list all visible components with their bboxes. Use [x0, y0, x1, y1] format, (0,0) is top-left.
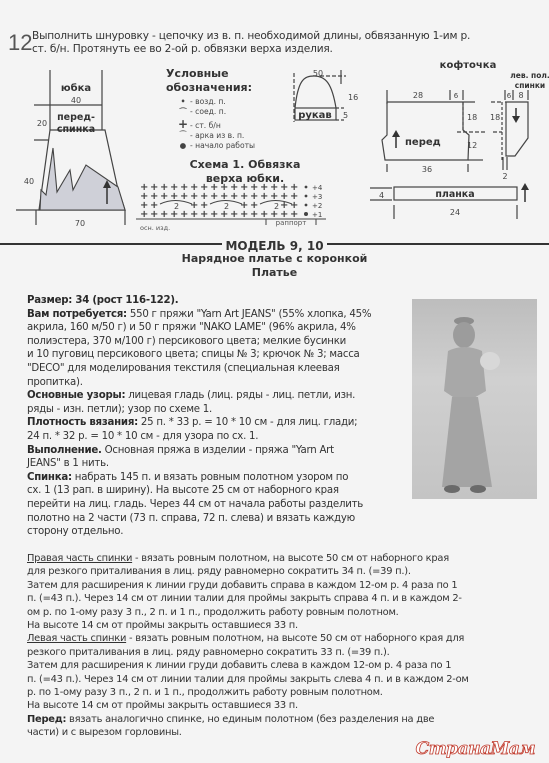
jacket-diagram: кофточка лев. пол. спинки 28 6 18 12 36 … — [375, 60, 549, 180]
right-back-section: Правая часть спинки - вязать ровным поло… — [27, 552, 542, 632]
sleeve-label: рукав — [298, 110, 332, 121]
intro-line: ст. б/н. Протянуть ее во 2-ой р. обвязки… — [32, 43, 470, 56]
svg-text:+: + — [180, 191, 188, 202]
svg-text:+: + — [160, 209, 168, 220]
left-back-section: Левая часть спинки - вязать ровным полот… — [27, 632, 542, 712]
skirt-lower-height: 40 — [24, 177, 34, 186]
slip-stitch-icon: ⌒ — [176, 107, 190, 117]
intro-text: Выполнить шнуровку - цепочку из в. п. не… — [32, 30, 470, 56]
gauge-section: Плотность вязания: 25 п. * 33 р. = 10 * … — [27, 416, 412, 443]
jacket-title: кофточка — [440, 60, 497, 71]
watermark-logo: СтранаМам — [416, 739, 535, 759]
girl-in-dress-image — [412, 299, 537, 499]
skirt-piece-label: перед- — [57, 112, 95, 123]
front-shoulder: 6 — [454, 92, 459, 100]
skirt-top-width: 40 — [71, 96, 81, 105]
svg-text:+1: +1 — [312, 211, 322, 219]
back-section: Спинка: набрать 145 п. и вязать ровным п… — [27, 471, 412, 539]
svg-text:+: + — [180, 209, 188, 220]
front-section: Перед: вязать аналогично спинке, но един… — [27, 713, 542, 740]
front-label: перед — [405, 137, 441, 148]
skirt-title: юбка — [61, 82, 91, 94]
svg-text:2: 2 — [224, 202, 229, 211]
svg-text:+: + — [190, 209, 198, 220]
execution-section: Выполнение. Основная пряжа в изделии - п… — [27, 444, 412, 471]
svg-text:+2: +2 — [312, 202, 322, 210]
svg-text:2: 2 — [174, 202, 179, 211]
start-dot-icon: ● — [176, 141, 190, 151]
svg-text:+: + — [260, 209, 268, 220]
placket-label: планка — [435, 189, 474, 200]
model-subtitle: Нарядное платье с коронкой Платье — [0, 252, 549, 280]
svg-text:+: + — [150, 209, 158, 220]
legend-list: •- возд. п. ⌒- соед. п. +- ст. б/н ⁀- ар… — [176, 97, 255, 151]
page-number: 12 — [8, 30, 32, 56]
back-bottom: 2 — [502, 172, 507, 180]
svg-text:+3: +3 — [312, 193, 322, 201]
svg-text:+: + — [240, 209, 248, 220]
size-line: Размер: 34 (рост 116-122). — [27, 294, 412, 308]
svg-text:+: + — [160, 191, 168, 202]
legend-item: ⁀- арка из в. п. — [176, 131, 255, 141]
repeat-label: раппорт — [276, 219, 307, 227]
patterns-section: Основные узоры: лицевая гладь (лиц. ряды… — [27, 389, 412, 416]
base-label: осн. изд. — [140, 224, 170, 232]
front-side: 12 — [467, 141, 477, 150]
legend-item: •- возд. п. — [176, 97, 255, 107]
intro-line: Выполнить шнуровку - цепочку из в. п. не… — [32, 30, 470, 43]
arrow-up-icon — [521, 183, 529, 202]
materials-section: Вам потребуется: 550 г пряжи "Yarn Art J… — [27, 308, 412, 390]
svg-text:2: 2 — [274, 202, 279, 211]
model-title: МОДЕЛЬ 9, 10 — [222, 239, 326, 253]
body-text-lower: Правая часть спинки - вязать ровным поло… — [27, 552, 542, 740]
arrow-down-icon — [512, 108, 520, 123]
back-shoulder: 6 — [507, 92, 512, 100]
legend-item: ⌒- соед. п. — [176, 107, 255, 117]
svg-text:+: + — [210, 191, 218, 202]
placket-height: 4 — [379, 191, 384, 200]
single-crochet-icon: + — [176, 119, 190, 129]
legend-title: Условные обозначения: — [166, 67, 252, 95]
svg-text:+: + — [250, 209, 258, 220]
back-armhole: 18 — [490, 113, 500, 122]
svg-text:+: + — [210, 209, 218, 220]
model-photo — [412, 299, 537, 499]
front-armhole: 18 — [467, 113, 477, 122]
svg-text:спинки: спинки — [515, 81, 545, 90]
svg-text:+: + — [200, 209, 208, 220]
svg-text:спинка: спинка — [57, 124, 95, 135]
placket-diagram: 4 планка 24 — [370, 182, 549, 227]
skirt-bottom-width: 70 — [75, 219, 85, 228]
svg-text:+: + — [230, 209, 238, 220]
stitch-chart: +++++++++++++++++4+++++++++++++++++3++++… — [136, 178, 336, 233]
back-width: 8 — [518, 91, 523, 100]
arrow-up-icon — [392, 130, 400, 148]
sleeve-diagram: 50 16 5 рукав — [290, 70, 360, 125]
sleeve-height: 16 — [348, 93, 358, 102]
sleeve-cuff: 5 — [343, 111, 348, 120]
svg-text:+: + — [230, 191, 238, 202]
chain-arc-icon: ⁀ — [176, 131, 190, 141]
legend-item: +- ст. б/н — [176, 119, 255, 131]
body-text-upper: Размер: 34 (рост 116-122). Вам потребует… — [27, 294, 412, 539]
svg-text:+: + — [260, 191, 268, 202]
front-top-width: 28 — [413, 91, 423, 100]
skirt-upper-height: 20 — [37, 119, 47, 128]
chain-dot-icon: • — [176, 97, 190, 107]
placket-length: 24 — [450, 208, 460, 217]
legend-item: ●- начало работы — [176, 141, 255, 151]
sleeve-width: 50 — [313, 70, 323, 78]
back-piece-label: лев. пол. — [510, 71, 549, 80]
front-bottom: 36 — [422, 165, 432, 174]
svg-text:+: + — [140, 209, 148, 220]
svg-text:+4: +4 — [312, 184, 323, 192]
